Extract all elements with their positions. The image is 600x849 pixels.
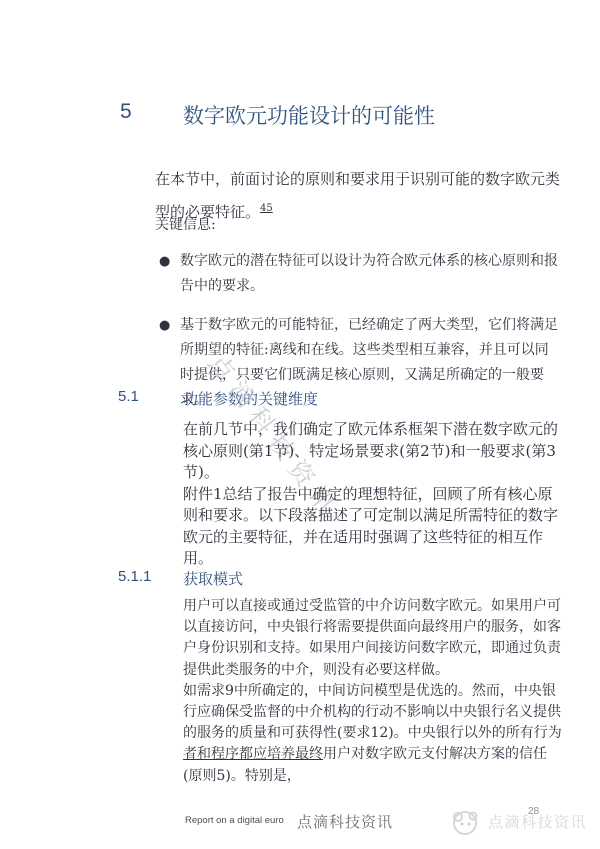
section-number: 5.1 <box>118 388 139 405</box>
paragraph-text: 在前几节中，我们确定了欧元体系框架下潜在数字欧元的核心原则(第1节)、特定场景要… <box>183 419 562 484</box>
section-5-1-paragraph: 在前几节中，我们确定了欧元体系框架下潜在数字欧元的核心原则(第1节)、特定场景要… <box>183 419 562 570</box>
section-number: 5.1.1 <box>118 568 151 585</box>
footer-brand-watermark: 点滴科技资讯 <box>450 806 600 840</box>
bullet-icon: ● <box>159 249 170 274</box>
footnote-ref[interactable]: 45 <box>260 203 273 214</box>
brand-logo-icon <box>450 808 484 838</box>
bullet-text: 数字欧元的潜在特征可以设计为符合欧元体系的核心原则和报告中的要求。 <box>180 253 558 294</box>
paragraph-text: 用户可以直接或通过受监管的中介访问数字欧元。如果用户可以直接访问，中央银行将需要… <box>183 596 565 681</box>
paragraph-text: 如需求9中所确定的，中间访问模型是优选的。然而，中央银行应确保受监督的中介机构的… <box>183 683 562 741</box>
chapter-number: 5 <box>120 100 132 124</box>
footer-brand-text: 点滴科技资讯 <box>297 811 393 832</box>
section-5-1-1-paragraph: 用户可以直接或通过受监管的中介访问数字欧元。如果用户可以直接访问，中央银行将需要… <box>183 596 565 787</box>
footer-report-title: Report on a digital euro <box>185 815 284 826</box>
section-title: 获取模式 <box>183 568 243 589</box>
bullet-icon: ● <box>159 313 170 338</box>
paragraph-text: 如需求9中所确定的，中间访问模型是优选的。然而，中央银行应确保受监督的中介机构的… <box>183 681 565 787</box>
document-page: 点滴科技资讯 5 数字欧元功能设计的可能性 在本节中，前面讨论的原则和要求用于识… <box>0 0 600 849</box>
intro-paragraph: 在本节中，前面讨论的原则和要求用于识别可能的数字欧元类型的必要特征。45 <box>155 165 563 227</box>
list-item: ● 数字欧元的潜在特征可以设计为符合欧元体系的核心原则和报告中的要求。 <box>157 249 561 299</box>
chapter-heading: 5 数字欧元功能设计的可能性 <box>0 100 600 130</box>
underlined-text: 者和程序都应培养最终 <box>183 746 323 762</box>
chapter-title: 数字欧元功能设计的可能性 <box>183 100 435 130</box>
brand-watermark-text: 点滴科技资讯 <box>488 811 587 832</box>
key-info-label: 关键信息: <box>155 214 216 234</box>
section-5-1-1-heading: 5.1.1 获取模式 <box>0 568 600 590</box>
section-5-1-heading: 5.1 功能参数的关键维度 <box>0 388 600 410</box>
intro-text: 在本节中，前面讨论的原则和要求用于识别可能的数字欧元类型的必要特征。 <box>155 170 560 221</box>
paragraph-text: 附件1总结了报告中确定的理想特征，回顾了所有核心原则和要求。以下段落描述了可定制… <box>183 484 562 570</box>
